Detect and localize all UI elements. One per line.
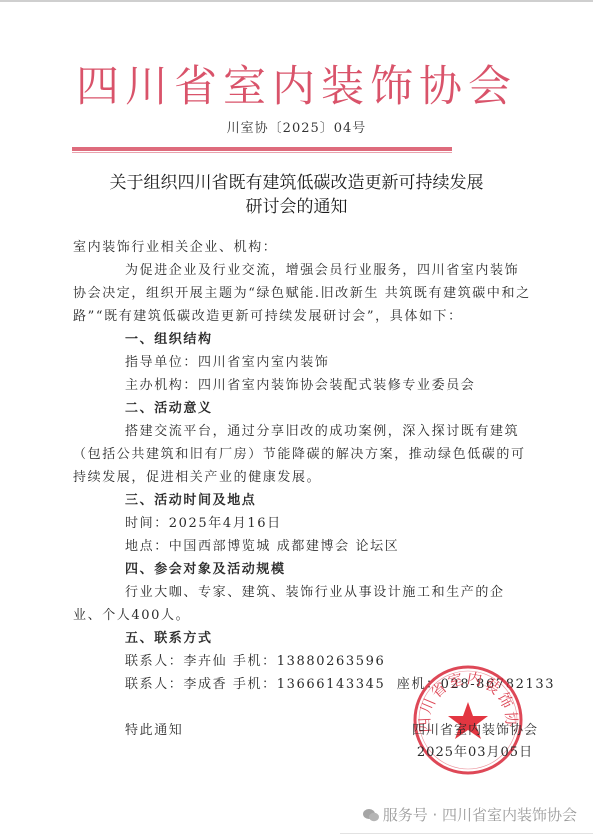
intro-paragraph: 为促进企业及行业交流，增强会员行业服务，四川省室内装饰协会决定，组织开展主题为“… xyxy=(73,259,533,328)
guiding-unit: 指导单位：四川省室内室内装饰 xyxy=(73,351,533,374)
event-location: 地点：中国西部博览城 成都建博会 论坛区 xyxy=(73,535,533,558)
salutation: 室内装饰行业相关企业、机构： xyxy=(73,236,533,259)
top-border xyxy=(0,0,593,2)
footer-divider xyxy=(340,833,593,834)
significance-paragraph: 搭建交流平台，通过分享旧改的成功案例，深入探讨既有建筑（包括公共建筑和旧有厂房）… xyxy=(73,420,533,489)
section-heading-attendees: 四、参会对象及活动规模 xyxy=(73,558,533,581)
subject-line-2: 研讨会的通知 xyxy=(0,195,593,219)
section-heading-contact: 五、联系方式 xyxy=(73,627,533,650)
footer-label: 服务号 · 四川省室内装饰协会 xyxy=(383,804,577,825)
event-time: 时间：2025年4月16日 xyxy=(73,512,533,535)
signature-org: 四川省室内装饰协会 xyxy=(395,720,555,742)
footer-watermark: 服务号 · 四川省室内装饰协会 xyxy=(363,804,577,825)
section-heading-significance: 二、活动意义 xyxy=(73,397,533,420)
letterhead-org-name: 四川省室内装饰协会 xyxy=(0,62,593,112)
wechat-icon xyxy=(363,808,379,822)
attendees-paragraph: 行业大咖、专家、建筑、装饰行业从事设计施工和生产的企业、个人400人。 xyxy=(73,581,533,627)
signature-block: 四川省室内装饰协会 2025年03月05日 xyxy=(395,720,555,764)
document-number: 川室协〔2025〕04号 xyxy=(0,117,593,136)
subject-line-1: 关于组织四川省既有建筑低碳改造更新可持续发展 xyxy=(0,171,593,195)
section-heading-time-place: 三、活动时间及地点 xyxy=(73,489,533,512)
signature-date: 2025年03月05日 xyxy=(395,742,555,764)
letterhead-divider xyxy=(72,147,452,151)
notice-subject: 关于组织四川省既有建筑低碳改造更新可持续发展 研讨会的通知 xyxy=(0,171,593,219)
section-heading-organization: 一、组织结构 xyxy=(73,328,533,351)
host-organization: 主办机构：四川省室内装饰协会装配式装修专业委员会 xyxy=(73,374,533,397)
letterhead-divider-thin xyxy=(72,152,452,153)
